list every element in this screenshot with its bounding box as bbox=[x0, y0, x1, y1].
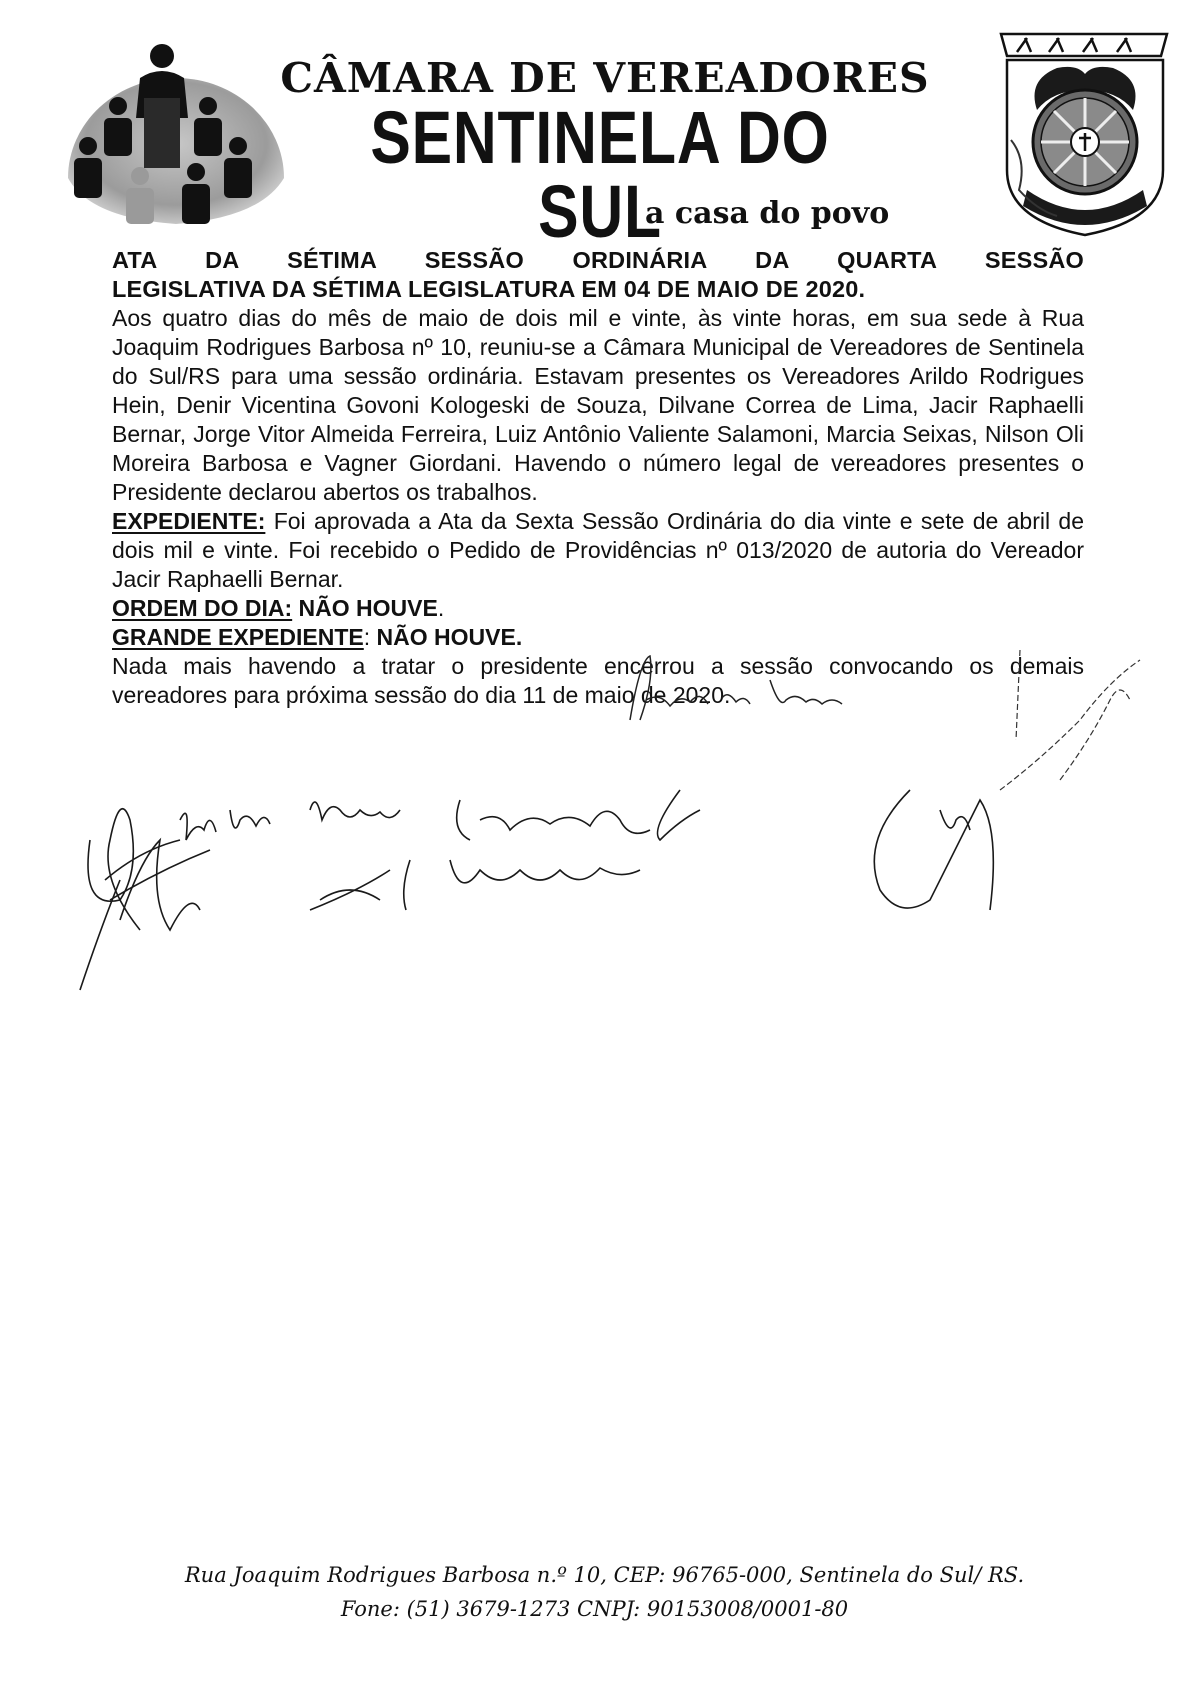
tagline: a casa do povo bbox=[645, 196, 889, 231]
ordem-text: NÃO HOUVE bbox=[292, 595, 438, 621]
assembly-people-icon bbox=[60, 28, 292, 228]
councilor-signatures bbox=[60, 780, 1130, 1030]
minutes-body: ATA DA SÉTIMA SESSÃO ORDINÁRIA DA QUARTA… bbox=[112, 246, 1084, 710]
opening-paragraph: Aos quatro dias do mês de maio de dois m… bbox=[112, 304, 1084, 507]
closing-paragraph: Nada mais havendo a tratar o presidente … bbox=[112, 652, 1084, 710]
institution-top: CÂMARA DE VEREADORES bbox=[270, 55, 940, 101]
ordem-label: ORDEM DO DIA: bbox=[112, 595, 292, 621]
signature-president bbox=[610, 650, 930, 730]
footer: Rua Joaquim Rodrigues Barbosa n.º 10, CE… bbox=[0, 1558, 1189, 1626]
title-line-2: LEGISLATIVA DA SÉTIMA LEGISLATURA EM 04 … bbox=[112, 275, 1084, 304]
grande-expediente-section: GRANDE EXPEDIENTE: NÃO HOUVE. bbox=[112, 623, 1084, 652]
title-line-1: ATA DA SÉTIMA SESSÃO ORDINÁRIA DA QUARTA… bbox=[112, 246, 1084, 275]
footer-address: Rua Joaquim Rodrigues Barbosa n.º 10, CE… bbox=[20, 1558, 1189, 1592]
document-page: CÂMARA DE VEREADORES SENTINELA DO SUL a … bbox=[0, 0, 1189, 1681]
ordem-do-dia-section: ORDEM DO DIA: NÃO HOUVE. bbox=[112, 594, 1084, 623]
signature-stroke-right bbox=[960, 640, 1160, 800]
minutes-title: ATA DA SÉTIMA SESSÃO ORDINÁRIA DA QUARTA… bbox=[112, 246, 1084, 304]
municipal-coat-of-arms-icon bbox=[997, 30, 1175, 238]
expediente-label: EXPEDIENTE: bbox=[112, 508, 265, 534]
grande-label: GRANDE EXPEDIENTE bbox=[112, 624, 364, 650]
expediente-section: EXPEDIENTE: Foi aprovada a Ata da Sexta … bbox=[112, 507, 1084, 594]
ordem-end: . bbox=[438, 595, 444, 621]
footer-contact: Fone: (51) 3679-1273 CNPJ: 90153008/0001… bbox=[0, 1592, 1189, 1626]
grande-text: NÃO HOUVE. bbox=[370, 624, 522, 650]
